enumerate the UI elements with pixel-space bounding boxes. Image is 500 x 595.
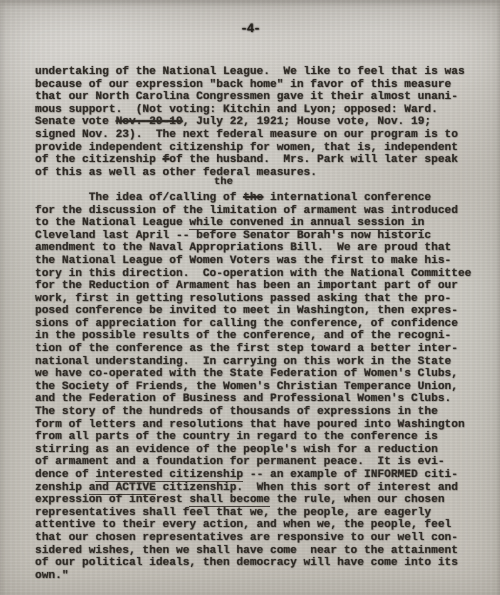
paragraph: The idea of/calling of the international… [35, 192, 483, 582]
document-text: undertaking of the National League. We l… [35, 66, 483, 582]
text-segment: Senate vote [35, 116, 116, 128]
text-line: posed conference be invited to meet in W… [35, 305, 483, 318]
page-number: -4- [0, 22, 500, 36]
text-segment: own." [35, 570, 69, 582]
text-line: undertaking of the National League. We l… [35, 66, 483, 79]
underlined-text: shall become [189, 494, 270, 507]
text-segment: of the citizenship [35, 154, 163, 166]
text-segment: sions of appreciation for calling the co… [35, 318, 458, 330]
text-line: dence of interested citizenship -- an ex… [35, 469, 483, 482]
text-line: of this as well as other federal measure… [35, 167, 483, 180]
text-segment: tion of the conference as the first step… [35, 343, 458, 355]
text-line: sions of appreciation for calling the co… [35, 318, 483, 331]
text-line: of the citizenship fof the husband. Mrs.… [35, 154, 483, 167]
text-line: provide independent citizenship for wome… [35, 142, 483, 155]
text-line: for the discussion of the limitation of … [35, 205, 483, 218]
text-line: of armament and a foundation for permane… [35, 456, 483, 469]
scanned-document-page: -4- undertaking of the National League. … [0, 0, 500, 595]
text-segment: national understanding. In carrying on t… [35, 356, 451, 368]
text-line: and the Federation of Business and Profe… [35, 393, 483, 406]
text-line: Cleveland last April -- before Senator B… [35, 230, 483, 243]
text-segment: and the Federation of Business and Profe… [35, 393, 451, 405]
underlined-text: and ACTIVE [89, 482, 156, 495]
text-segment: for the discussion of the limitation of … [35, 205, 458, 217]
text-segment: the rule, when our chosen [270, 494, 445, 506]
text-segment: citizenship. When this sort of interest … [156, 482, 458, 494]
underlined-text: while convened in annual session in [189, 217, 424, 230]
text-line: of our political ideals, then democracy … [35, 557, 483, 570]
struck-out-text: Nov. 29-19 [116, 116, 183, 128]
text-line: representatives shall feel that we, the … [35, 507, 483, 520]
text-segment: that our North Carolina Congressmen gave… [35, 91, 458, 103]
text-segment: expression of interest [35, 494, 189, 506]
text-segment: sidered wishes, then we shall have come … [35, 545, 458, 557]
text-segment: form of letters and resolutions that hav… [35, 419, 465, 431]
text-line: The story of the hundreds of thousands o… [35, 406, 483, 419]
struck-out-text: the [243, 192, 263, 204]
text-segment: attentive to their every action, and whe… [35, 519, 451, 531]
text-line: we have co-operated with the State Feder… [35, 368, 483, 381]
text-segment: of the husband. Mrs. Park will later spe… [169, 154, 458, 166]
text-line: the National League of Women Voters was … [35, 255, 483, 268]
text-segment: tory in this direction. Co-operation wit… [35, 268, 471, 280]
text-line: from all parts of the country in regard … [35, 431, 483, 444]
text-segment: zenship [35, 482, 89, 494]
text-line: tory in this direction. Co-operation wit… [35, 268, 483, 281]
text-segment: Cleveland last April -- before Senator B… [35, 230, 431, 242]
text-line: the Society of Friends, the Women's Chri… [35, 381, 483, 394]
text-segment: -- an example of INFORMED citi- [243, 469, 458, 481]
text-segment: representatives shall feel that we, the … [35, 507, 431, 519]
text-segment: signed Nov. 23). The next federal measur… [35, 129, 458, 141]
text-segment: of our political ideals, then democracy … [35, 557, 458, 569]
text-segment: The story of the hundreds of thousands o… [35, 406, 438, 418]
text-segment: international conference [263, 192, 431, 204]
text-segment: The idea of/calling of [35, 192, 243, 204]
text-segment: provide independent citizenship for wome… [35, 142, 458, 154]
text-segment: for the Reduction of Armament has been a… [35, 280, 458, 292]
text-segment: work, first in getting resolutions passe… [35, 293, 451, 305]
text-line: in the possible results of the conferenc… [35, 330, 483, 343]
text-line: own." [35, 570, 483, 583]
inserted-word-annotation: the [214, 177, 233, 188]
text-segment: mous support. (Not voting: Kitchin and L… [35, 104, 438, 116]
text-line: Senate vote Nov. 29-19, July 22, 1921; H… [35, 116, 483, 129]
text-segment: the National League of Women Voters was … [35, 255, 451, 267]
text-line: The idea of/calling of the international… [35, 192, 483, 205]
text-segment: posed conference be invited to meet in W… [35, 305, 458, 317]
text-line: mous support. (Not voting: Kitchin and L… [35, 104, 483, 117]
text-line: national understanding. In carrying on t… [35, 356, 483, 369]
text-segment: because of our expression "back home" in… [35, 79, 451, 91]
text-segment: we have co-operated with the State Feder… [35, 368, 458, 380]
text-segment: from all parts of the country in regard … [35, 431, 438, 443]
text-line: work, first in getting resolutions passe… [35, 293, 483, 306]
text-segment: of this as well as other federal measure… [35, 167, 317, 179]
paragraph: undertaking of the National League. We l… [35, 66, 483, 179]
text-segment: in the possible results of the conferenc… [35, 330, 451, 342]
text-segment: dence of [35, 469, 95, 481]
text-segment: , July 22, 1921; House vote, Nov. 19; [183, 116, 431, 128]
text-line: sidered wishes, then we shall have come … [35, 545, 483, 558]
text-segment: undertaking of the National League. We l… [35, 66, 465, 78]
text-line: amendment to the Naval Appropriations Bi… [35, 242, 483, 255]
text-segment: amendment to the Naval Appropriations Bi… [35, 242, 451, 254]
text-line: tion of the conference as the first step… [35, 343, 483, 356]
text-segment: to the National League [35, 217, 189, 229]
text-segment: that our chosen representatives are resp… [35, 532, 458, 544]
text-segment: stirring as an evidence of the people's … [35, 444, 438, 456]
text-line: zenship and ACTIVE citizenship. When thi… [35, 482, 483, 495]
text-line: to the National League while convened in… [35, 217, 483, 230]
text-line: form of letters and resolutions that hav… [35, 419, 483, 432]
text-line: because of our expression "back home" in… [35, 79, 483, 92]
text-line: stirring as an evidence of the people's … [35, 444, 483, 457]
text-line: for the Reduction of Armament has been a… [35, 280, 483, 293]
text-line: expression of interest shall become the … [35, 494, 483, 507]
text-line: attentive to their every action, and whe… [35, 519, 483, 532]
text-line: that our chosen representatives are resp… [35, 532, 483, 545]
text-line: signed Nov. 23). The next federal measur… [35, 129, 483, 142]
underlined-text: interested citizenship [95, 469, 243, 482]
text-segment: of armament and a foundation for permane… [35, 456, 445, 468]
text-line: that our North Carolina Congressmen gave… [35, 91, 483, 104]
text-segment: the Society of Friends, the Women's Chri… [35, 381, 458, 393]
